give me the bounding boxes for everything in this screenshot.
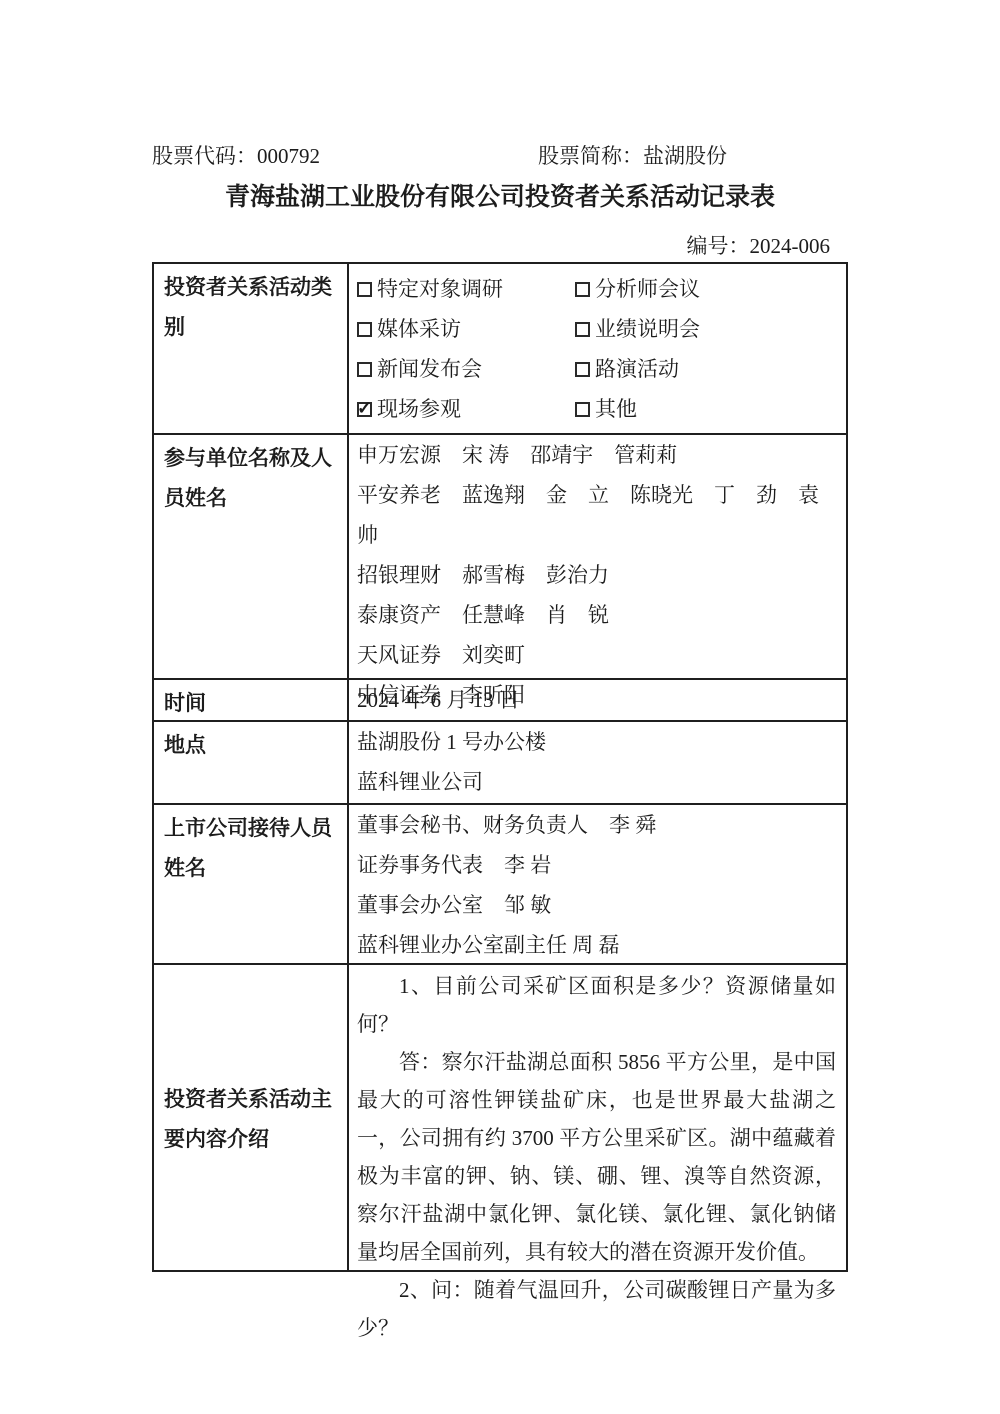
checkbox-icon — [357, 322, 372, 337]
row-label-location: 地点 — [154, 722, 349, 803]
option-other: 其他 — [575, 389, 637, 429]
qa-paragraph: 1、目前公司采矿区面积是多少？资源储量如何？ — [357, 967, 836, 1043]
stock-code: 股票代码：000792 — [152, 141, 320, 171]
host-line: 证券事务代表 李 岩 — [357, 845, 836, 885]
row-label-time: 时间 — [154, 680, 349, 720]
checkbox-icon — [575, 402, 590, 417]
row-label-main-content-text: 投资者关系活动主要内容介绍 — [164, 1079, 342, 1159]
row-hosts: 上市公司接待人员姓名 董事会秘书、财务负责人 李 舜 证券事务代表 李 岩 董事… — [154, 805, 846, 965]
participant-line: 平安养老 蓝逸翔 金 立 陈晓光 丁 劲 袁 帅 — [357, 475, 836, 555]
document-page: 股票代码：000792 股票简称：盐湖股份 青海盐湖工业股份有限公司投资者关系活… — [0, 0, 1000, 1414]
host-line: 董事会秘书、财务负责人 李 舜 — [357, 805, 836, 845]
option-label: 现场参观 — [377, 389, 461, 429]
option-label: 分析师会议 — [595, 269, 700, 309]
option-label: 业绩说明会 — [595, 309, 700, 349]
checkmark-icon: ✓ — [357, 399, 372, 417]
row-main-content: 投资者关系活动主要内容介绍 1、目前公司采矿区面积是多少？资源储量如何？ 答：察… — [154, 965, 846, 1270]
doc-number: 编号：2024-006 — [687, 231, 831, 261]
checkbox-icon — [575, 362, 590, 377]
option-row: 特定对象调研 分析师会议 — [357, 269, 836, 309]
location-line: 盐湖股份 1 号办公楼 — [357, 722, 836, 762]
time-value: 2024 年 6 月 13 日 — [349, 680, 846, 720]
participant-line: 申万宏源 宋 涛 邵靖宇 管莉莉 — [357, 435, 836, 475]
row-location: 地点 盐湖股份 1 号办公楼 蓝科锂业公司 — [154, 722, 846, 805]
qa-content: 1、目前公司采矿区面积是多少？资源储量如何？ 答：察尔汗盐湖总面积 5856 平… — [349, 965, 846, 1270]
activity-type-options: 特定对象调研 分析师会议 媒体采访 业绩说明会 — [349, 264, 846, 433]
location-line: 蓝科锂业公司 — [357, 762, 836, 802]
row-time: 时间 2024 年 6 月 13 日 — [154, 680, 846, 722]
option-label: 媒体采访 — [377, 309, 461, 349]
row-participants: 参与单位名称及人员姓名 申万宏源 宋 涛 邵靖宇 管莉莉 平安养老 蓝逸翔 金 … — [154, 435, 846, 680]
option-row: 新闻发布会 路演活动 — [357, 349, 836, 389]
checkbox-icon: ✓ — [357, 402, 372, 417]
row-activity-type: 投资者关系活动类别 特定对象调研 分析师会议 媒体采访 — [154, 264, 846, 435]
participant-line: 招银理财 郝雪梅 彭治力 — [357, 555, 836, 595]
participant-line: 天风证券 刘奕町 — [357, 635, 836, 675]
option-roadshow: 路演活动 — [575, 349, 679, 389]
option-media-interview: 媒体采访 — [357, 309, 575, 349]
option-row: ✓ 现场参观 其他 — [357, 389, 836, 429]
option-site-visit: ✓ 现场参观 — [357, 389, 575, 429]
option-label: 特定对象调研 — [377, 269, 503, 309]
location-value: 盐湖股份 1 号办公楼 蓝科锂业公司 — [349, 722, 846, 803]
time-line: 2024 年 6 月 13 日 — [357, 680, 836, 720]
page-title: 青海盐湖工业股份有限公司投资者关系活动记录表 — [0, 182, 1000, 214]
record-table: 投资者关系活动类别 特定对象调研 分析师会议 媒体采访 — [152, 262, 848, 1272]
checkbox-icon — [575, 322, 590, 337]
option-row: 媒体采访 业绩说明会 — [357, 309, 836, 349]
checkbox-icon — [357, 282, 372, 297]
option-press-conference: 新闻发布会 — [357, 349, 575, 389]
qa-paragraph: 答：察尔汗盐湖总面积 5856 平方公里，是中国最大的可溶性钾镁盐矿床，也是世界… — [357, 1043, 836, 1271]
checkbox-icon — [575, 282, 590, 297]
checkbox-icon — [357, 362, 372, 377]
option-specific-object-research: 特定对象调研 — [357, 269, 575, 309]
option-earnings-briefing: 业绩说明会 — [575, 309, 700, 349]
option-label: 其他 — [595, 389, 637, 429]
stock-name: 股票简称：盐湖股份 — [538, 141, 727, 171]
qa-paragraph: 2、问：随着气温回升，公司碳酸锂日产量为多少？ — [357, 1271, 836, 1347]
row-label-hosts: 上市公司接待人员姓名 — [154, 805, 349, 963]
row-label-activity-type: 投资者关系活动类别 — [154, 264, 349, 433]
hosts-list: 董事会秘书、财务负责人 李 舜 证券事务代表 李 岩 董事会办公室 邹 敏 蓝科… — [349, 805, 846, 963]
option-analyst-meeting: 分析师会议 — [575, 269, 700, 309]
row-label-participants: 参与单位名称及人员姓名 — [154, 435, 349, 678]
row-label-main-content: 投资者关系活动主要内容介绍 — [154, 965, 349, 1270]
option-label: 新闻发布会 — [377, 349, 482, 389]
host-line: 董事会办公室 邹 敏 — [357, 885, 836, 925]
participant-line: 泰康资产 任慧峰 肖 锐 — [357, 595, 836, 635]
host-line: 蓝科锂业办公室副主任 周 磊 — [357, 925, 836, 965]
participants-list: 申万宏源 宋 涛 邵靖宇 管莉莉 平安养老 蓝逸翔 金 立 陈晓光 丁 劲 袁 … — [349, 435, 846, 678]
option-label: 路演活动 — [595, 349, 679, 389]
